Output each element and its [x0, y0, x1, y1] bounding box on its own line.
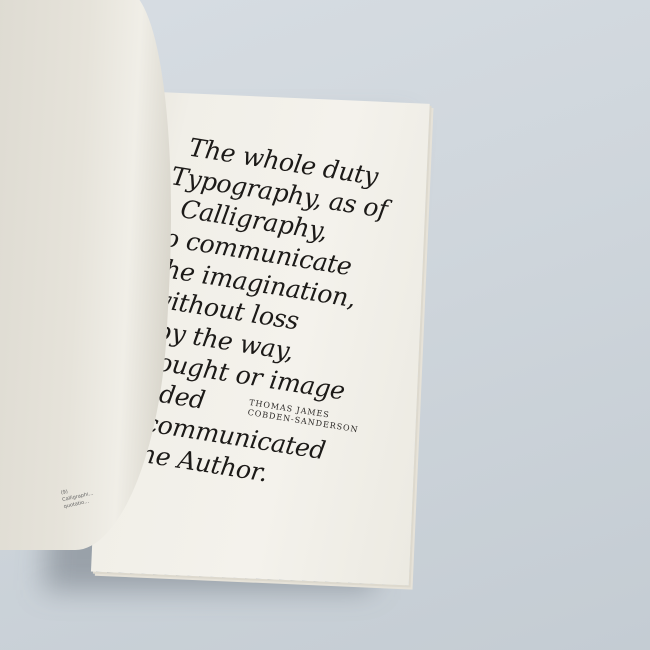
photo-scene: The whole duty of Typography, as of Call… [0, 0, 650, 650]
